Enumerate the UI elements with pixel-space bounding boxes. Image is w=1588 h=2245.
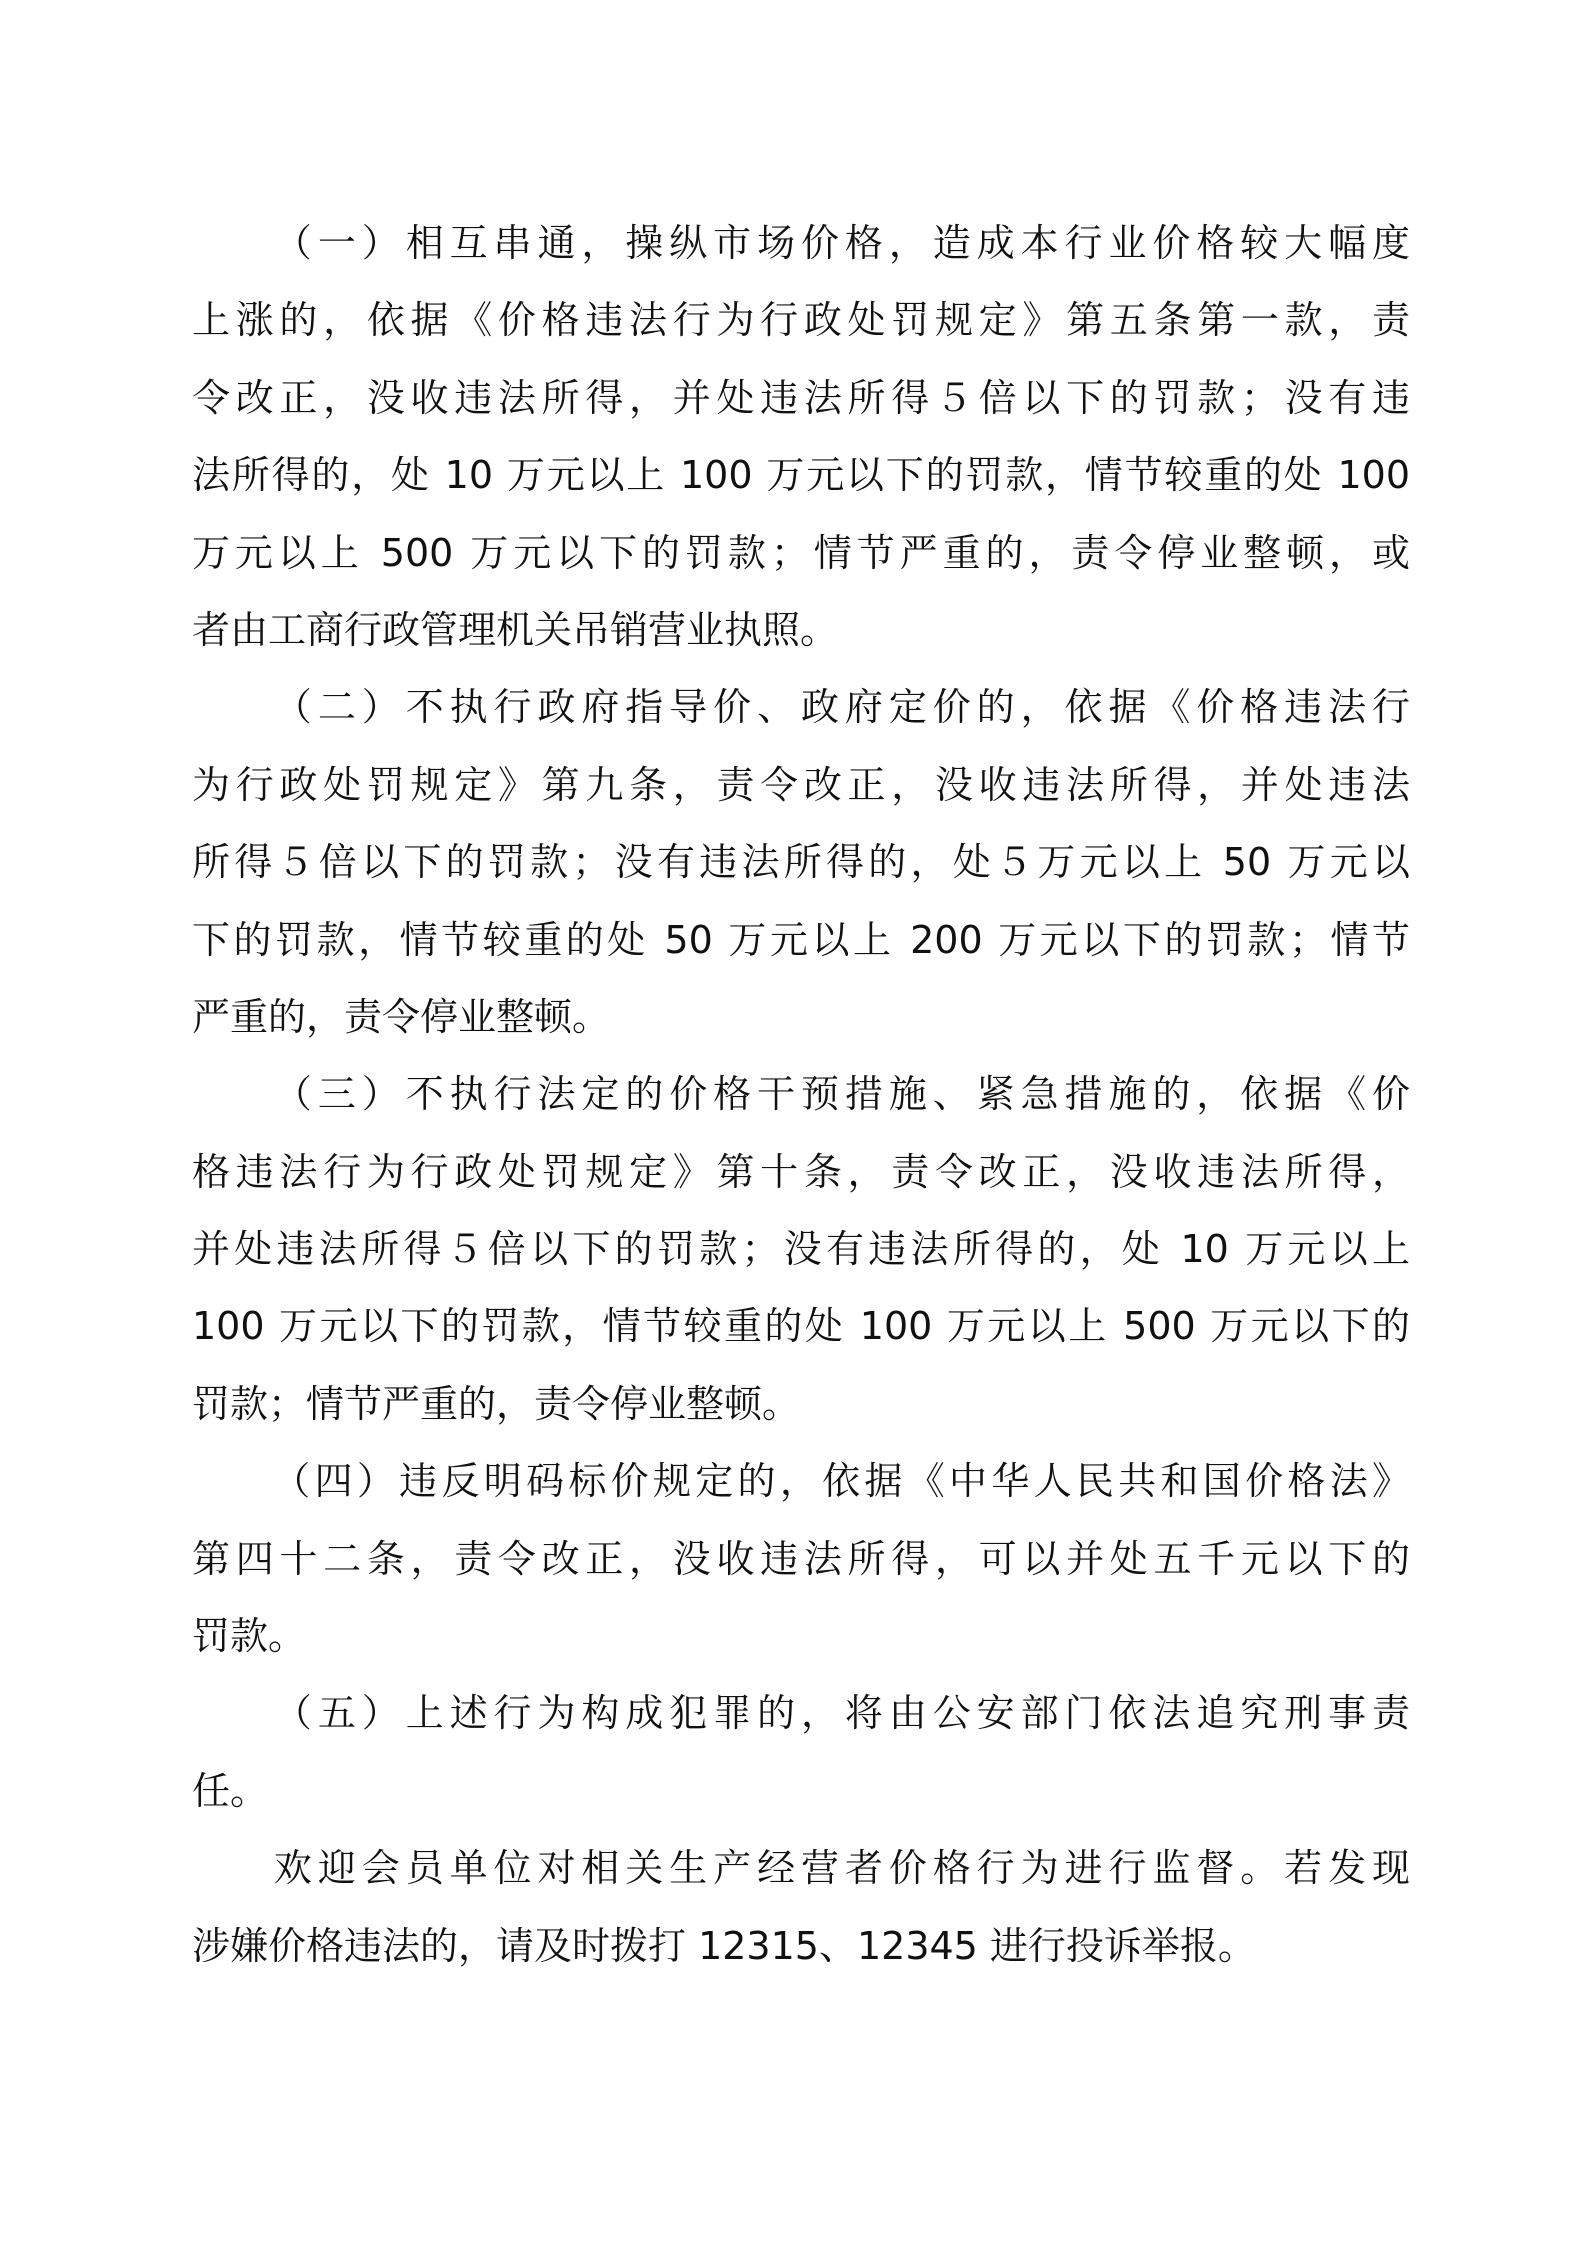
text-line: （三）不执行法定的价格干预措施、紧急措施的，依据《价	[192, 1056, 1410, 1133]
paragraph-closing: 欢迎会员单位对相关生产经营者价格行为进行监督。若发现 涉嫌价格违法的，请及时拨打…	[192, 1830, 1410, 1985]
text-line: 任。	[192, 1753, 1410, 1830]
text-line: 罚款。	[192, 1598, 1410, 1675]
document-page: （一）相互串通，操纵市场价格，造成本行业价格较大幅度 上涨的，依据《价格违法行为…	[192, 205, 1410, 1985]
text-line: 者由工商行政管理机关吊销营业执照。	[192, 592, 1410, 669]
text-line: 法所得的，处 10 万元以上 100 万元以下的罚款，情节较重的处 100	[192, 437, 1410, 514]
text-line: 并处违法所得５倍以下的罚款；没有违法所得的，处 10 万元以上	[192, 1211, 1410, 1288]
paragraph-item-1: （一）相互串通，操纵市场价格，造成本行业价格较大幅度 上涨的，依据《价格违法行为…	[192, 205, 1410, 669]
line-text: （四）违反明码标价规定的，依据《中华人民共和国价格法》	[268, 1459, 1410, 1503]
text-line: 上涨的，依据《价格违法行为行政处罚规定》第五条第一款，责	[192, 282, 1410, 359]
paragraph-item-5: （五）上述行为构成犯罪的，将由公安部门依法追究刑事责 任。	[192, 1675, 1410, 1830]
line-text: （三）不执行法定的价格干预措施、紧急措施的，依据《价	[268, 1072, 1410, 1116]
text-line: 为行政处罚规定》第九条，责令改正，没收违法所得，并处违法	[192, 747, 1410, 824]
line-text: （五）上述行为构成犯罪的，将由公安部门依法追究刑事责	[268, 1691, 1410, 1735]
text-line: 万元以上 500 万元以下的罚款；情节严重的，责令停业整顿，或	[192, 515, 1410, 592]
line-text: （一）相互串通，操纵市场价格，造成本行业价格较大幅度	[268, 221, 1410, 265]
text-line: 格违法行为行政处罚规定》第十条，责令改正，没收违法所得，	[192, 1134, 1410, 1211]
line-text: 欢迎会员单位对相关生产经营者价格行为进行监督。若发现	[268, 1846, 1410, 1890]
text-line: （四）违反明码标价规定的，依据《中华人民共和国价格法》	[192, 1443, 1410, 1520]
text-line: 100 万元以下的罚款，情节较重的处 100 万元以上 500 万元以下的	[192, 1288, 1410, 1365]
paragraph-item-4: （四）违反明码标价规定的，依据《中华人民共和国价格法》 第四十二条，责令改正，没…	[192, 1443, 1410, 1675]
text-line: 涉嫌价格违法的，请及时拨打 12315、12345 进行投诉举报。	[192, 1908, 1410, 1985]
text-line: 严重的，责令停业整顿。	[192, 979, 1410, 1056]
text-line: 所得５倍以下的罚款；没有违法所得的，处５万元以上 50 万元以	[192, 824, 1410, 901]
text-line: （二）不执行政府指导价、政府定价的，依据《价格违法行	[192, 669, 1410, 746]
text-line: （五）上述行为构成犯罪的，将由公安部门依法追究刑事责	[192, 1675, 1410, 1752]
text-line: 罚款；情节严重的，责令停业整顿。	[192, 1366, 1410, 1443]
text-line: 下的罚款，情节较重的处 50 万元以上 200 万元以下的罚款；情节	[192, 902, 1410, 979]
text-line: （一）相互串通，操纵市场价格，造成本行业价格较大幅度	[192, 205, 1410, 282]
text-line: 第四十二条，责令改正，没收违法所得，可以并处五千元以下的	[192, 1521, 1410, 1598]
paragraph-item-3: （三）不执行法定的价格干预措施、紧急措施的，依据《价 格违法行为行政处罚规定》第…	[192, 1056, 1410, 1443]
line-text: （二）不执行政府指导价、政府定价的，依据《价格违法行	[268, 685, 1410, 729]
paragraph-item-2: （二）不执行政府指导价、政府定价的，依据《价格违法行 为行政处罚规定》第九条，责…	[192, 669, 1410, 1056]
text-line: 欢迎会员单位对相关生产经营者价格行为进行监督。若发现	[192, 1830, 1410, 1907]
text-line: 令改正，没收违法所得，并处违法所得５倍以下的罚款；没有违	[192, 360, 1410, 437]
